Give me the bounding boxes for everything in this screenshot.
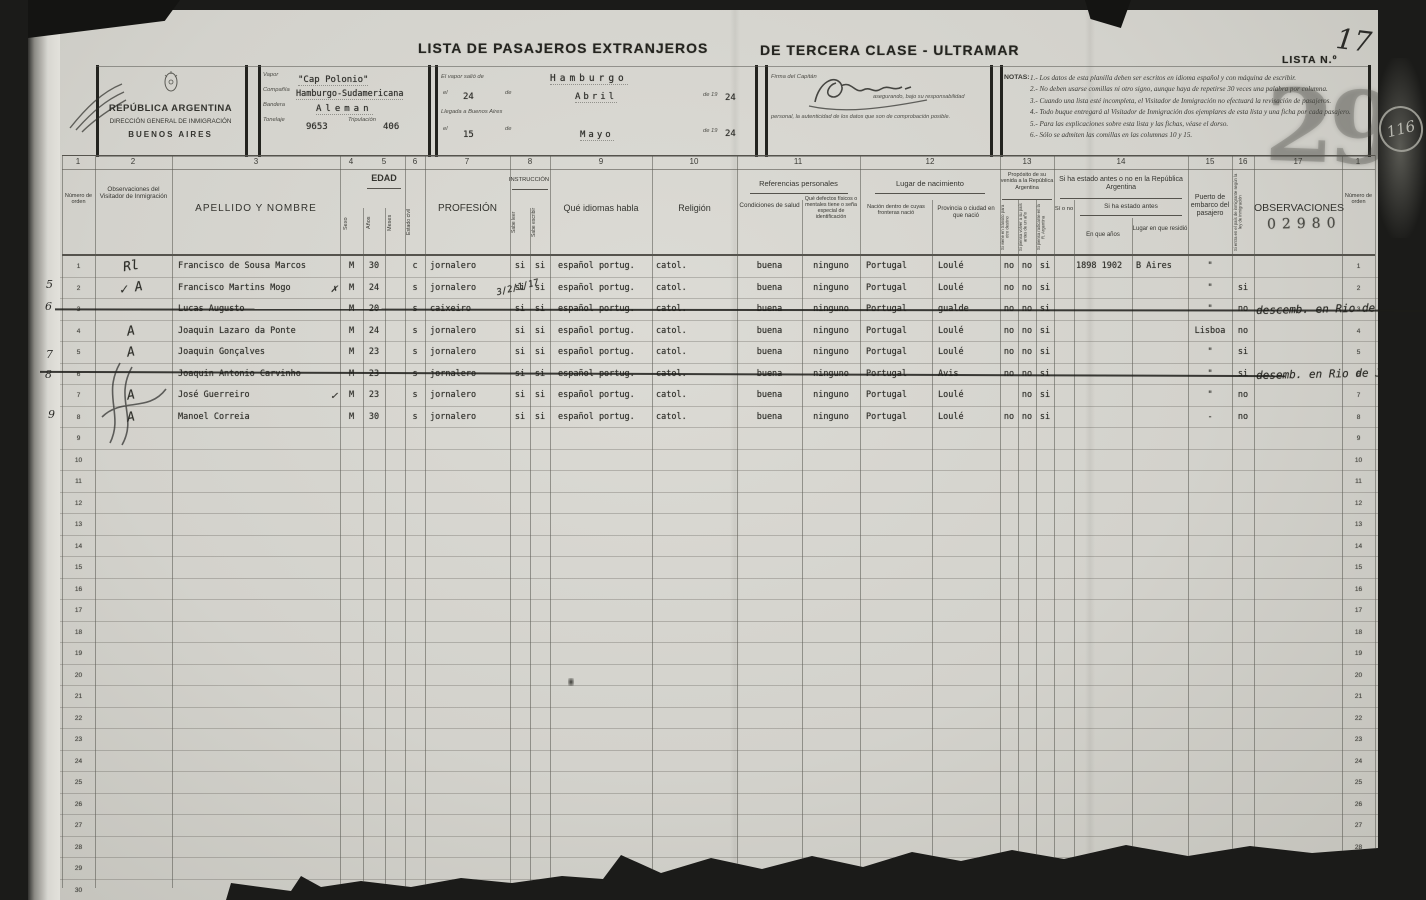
purpose-transit-value xyxy=(1000,643,1018,664)
header-proposito: Propósito de su venida a la República Ar… xyxy=(1000,172,1054,191)
place-resided-value xyxy=(1136,858,1190,879)
header-meses: Meses xyxy=(387,196,403,250)
years-before-value xyxy=(1076,321,1134,342)
place-resided-value xyxy=(1136,278,1190,299)
province-value xyxy=(938,557,998,578)
purpose-return-value: no xyxy=(1018,278,1036,299)
purpose-settle-value xyxy=(1036,772,1054,793)
lista-number-handwritten: 17 xyxy=(1334,22,1373,59)
passenger-name: Francisco de Sousa Marcos xyxy=(178,256,338,277)
purpose-settle-value xyxy=(1036,428,1054,449)
health-value: buena xyxy=(737,278,802,299)
health-value xyxy=(737,643,802,664)
sex-value xyxy=(340,686,363,707)
observation-handwritten xyxy=(1256,771,1351,794)
table-row: 13 xyxy=(60,514,1378,536)
row-number-left: 16 xyxy=(62,579,95,600)
embark-port-value xyxy=(1188,880,1232,900)
been-before-value xyxy=(1054,794,1074,815)
row-number-right: 24 xyxy=(1342,751,1375,772)
header-apellido: APELLIDO Y NOMBRE xyxy=(172,203,340,215)
defects-value xyxy=(802,880,860,900)
row-number-right: 28 xyxy=(1342,837,1375,858)
observation-handwritten xyxy=(1256,556,1351,579)
col-number: 9 xyxy=(591,157,611,166)
been-before-value xyxy=(1054,858,1074,879)
years-before-value xyxy=(1076,493,1134,514)
age-months-value xyxy=(385,815,405,836)
header-estado-antes: Si ha estado antes o no en la República … xyxy=(1054,176,1188,192)
purpose-return-value xyxy=(1018,514,1036,535)
header-edad: EDAD xyxy=(363,173,405,183)
languages-value: español portug. xyxy=(558,278,653,299)
passenger-name xyxy=(178,858,338,879)
passenger-name xyxy=(178,751,338,772)
header-defectos: Qué defectos físicos o mentales tiene o … xyxy=(803,196,859,220)
province-value: Loulé xyxy=(938,342,998,363)
religion-value xyxy=(656,708,718,729)
row-number-left: 19 xyxy=(62,643,95,664)
purpose-return-value xyxy=(1018,600,1036,621)
passenger-name xyxy=(178,557,338,578)
age-years-value: 24 xyxy=(363,278,385,299)
civil-status-value xyxy=(405,880,425,900)
table-row: 7 A José Guerreiro ✓ M 23 s jornalero si… xyxy=(60,385,1378,407)
row-number-left: 1 xyxy=(62,256,95,277)
been-before-value xyxy=(1054,471,1074,492)
row-number-left: 24 xyxy=(62,751,95,772)
header-rule xyxy=(367,188,401,189)
header-religion: Religión xyxy=(652,203,737,213)
place-resided-value xyxy=(1136,514,1190,535)
sex-value: M xyxy=(340,256,363,277)
embark-port-value xyxy=(1188,729,1232,750)
passenger-name xyxy=(178,643,338,664)
health-value xyxy=(737,622,802,643)
ship-crew: 406 xyxy=(383,122,399,132)
been-before-value xyxy=(1054,256,1074,277)
age-months-value xyxy=(385,557,405,578)
nation-value xyxy=(866,493,930,514)
years-before-value xyxy=(1076,385,1134,406)
languages-value: español portug. xyxy=(558,385,653,406)
purpose-return-value xyxy=(1018,643,1036,664)
header-sabe-leer: Sabe leer xyxy=(512,195,528,250)
row-number-left: 4 xyxy=(62,321,95,342)
immigrant-flag-value: no xyxy=(1232,385,1254,406)
religion-value xyxy=(656,557,718,578)
ship-tonnage: 9653 xyxy=(306,122,328,132)
health-value xyxy=(737,772,802,793)
passenger-name xyxy=(178,880,338,900)
embark-port-value: - xyxy=(1188,407,1232,428)
row-number-left: 22 xyxy=(62,708,95,729)
purpose-return-value xyxy=(1018,880,1036,900)
place-resided-value xyxy=(1136,622,1190,643)
age-months-value xyxy=(385,385,405,406)
de-label: de xyxy=(505,126,511,132)
age-years-value xyxy=(363,837,385,858)
years-before-value xyxy=(1076,600,1134,621)
header-rule xyxy=(1060,198,1182,199)
purpose-transit-value xyxy=(1000,493,1018,514)
years-before-value xyxy=(1076,536,1134,557)
civil-status-value xyxy=(405,450,425,471)
defects-value xyxy=(802,493,860,514)
observation-handwritten xyxy=(1256,384,1351,407)
purpose-return-value xyxy=(1018,837,1036,858)
age-months-value xyxy=(385,686,405,707)
col-number: 17 xyxy=(1288,157,1308,166)
nation-value xyxy=(866,600,930,621)
purpose-transit-value xyxy=(1000,579,1018,600)
defects-value xyxy=(802,579,860,600)
defects-value xyxy=(802,751,860,772)
years-before-value xyxy=(1076,579,1134,600)
header-prop-sub2: Si piensa volver a su país antes de un a… xyxy=(1019,202,1035,252)
sex-value xyxy=(340,579,363,600)
purpose-transit-value xyxy=(1000,600,1018,621)
age-months-value xyxy=(385,665,405,686)
reads-value xyxy=(510,880,530,900)
health-value: buena xyxy=(737,342,802,363)
observation-handwritten xyxy=(1256,642,1351,665)
age-years-value xyxy=(363,557,385,578)
ship-company: Hamburgo-Sudamericana xyxy=(296,89,403,100)
purpose-return-value xyxy=(1018,579,1036,600)
defects-value xyxy=(802,665,860,686)
age-years-value xyxy=(363,686,385,707)
table-row: 20 xyxy=(60,665,1378,687)
age-years-value xyxy=(363,536,385,557)
table-row: 1 Rl Francisco de Sousa Marcos M 30 c jo… xyxy=(60,256,1378,278)
languages-value: español portug. xyxy=(558,407,653,428)
margin-flourish xyxy=(62,355,172,450)
col-number: 14 xyxy=(1111,157,1131,166)
been-before-value xyxy=(1054,450,1074,471)
languages-value xyxy=(558,686,653,707)
nation-value: Portugal xyxy=(866,321,930,342)
row-number-right: 15 xyxy=(1342,557,1375,578)
passenger-name: Francisco Martins Mogo xyxy=(178,278,338,299)
age-years-value: 23 xyxy=(363,342,385,363)
header-lugar-residio: Lugar en que residió xyxy=(1132,226,1188,233)
observation-handwritten xyxy=(1256,707,1351,730)
place-resided-value xyxy=(1136,321,1190,342)
row-number-right: 30 xyxy=(1342,880,1375,900)
passenger-name xyxy=(178,837,338,858)
row-number-left: 17 xyxy=(62,600,95,621)
age-months-value xyxy=(385,256,405,277)
purpose-return-value: no xyxy=(1018,321,1036,342)
age-months-value xyxy=(385,321,405,342)
age-months-value xyxy=(385,622,405,643)
margin-digit: 5 xyxy=(46,278,53,291)
place-resided-value xyxy=(1136,772,1190,793)
flag-label: Bandera xyxy=(263,102,285,108)
civil-status-value: s xyxy=(405,278,425,299)
nation-value xyxy=(866,858,930,879)
age-years-value: 30 xyxy=(363,407,385,428)
immigrant-flag-value xyxy=(1232,256,1254,277)
row-number-right: 18 xyxy=(1342,622,1375,643)
immigrant-flag-value xyxy=(1232,794,1254,815)
province-value: Loulé xyxy=(938,407,998,428)
immigrant-flag-value xyxy=(1232,880,1254,900)
years-before-value xyxy=(1076,278,1134,299)
sex-value: M xyxy=(340,385,363,406)
observation-handwritten xyxy=(1256,255,1351,278)
sex-value xyxy=(340,880,363,900)
sex-value xyxy=(340,514,363,535)
purpose-settle-value xyxy=(1036,837,1054,858)
table-row: 17 xyxy=(60,600,1378,622)
defects-value xyxy=(802,772,860,793)
been-before-value xyxy=(1054,579,1074,600)
purpose-transit-value: no xyxy=(1000,342,1018,363)
el-label: el xyxy=(443,126,448,132)
sex-value xyxy=(340,471,363,492)
defects-value xyxy=(802,858,860,879)
place-resided-value xyxy=(1136,342,1190,363)
row-number-right: 27 xyxy=(1342,815,1375,836)
nation-value xyxy=(866,880,930,900)
been-before-value xyxy=(1054,600,1074,621)
row-number-left: 26 xyxy=(62,794,95,815)
years-before-value xyxy=(1076,686,1134,707)
health-value xyxy=(737,794,802,815)
age-years-value xyxy=(363,514,385,535)
years-before-value xyxy=(1076,708,1134,729)
age-months-value xyxy=(385,514,405,535)
purpose-settle-value xyxy=(1036,471,1054,492)
defects-value xyxy=(802,643,860,664)
table-row: 11 xyxy=(60,471,1378,493)
civil-status-value xyxy=(405,665,425,686)
purpose-transit-value xyxy=(1000,536,1018,557)
observation-handwritten xyxy=(1256,578,1351,601)
sex-value xyxy=(340,772,363,793)
margin-digit: 8 xyxy=(45,368,52,381)
captain-signature xyxy=(805,70,955,115)
observation-handwritten xyxy=(1256,621,1351,644)
embark-port-value xyxy=(1188,471,1232,492)
civil-status-value xyxy=(405,514,425,535)
purpose-return-value xyxy=(1018,557,1036,578)
purpose-transit-value xyxy=(1000,772,1018,793)
purpose-settle-value xyxy=(1036,751,1054,772)
header-sabe-escribir: Sabe escribir xyxy=(532,195,548,250)
purpose-return-value xyxy=(1018,772,1036,793)
embark-port-value xyxy=(1188,622,1232,643)
purpose-return-value: no xyxy=(1018,385,1036,406)
table-row: 16 xyxy=(60,579,1378,601)
row-number-left: 10 xyxy=(62,450,95,471)
header-rule xyxy=(750,193,848,194)
age-years-value xyxy=(363,450,385,471)
province-value: Loulé xyxy=(938,385,998,406)
passenger-name xyxy=(178,794,338,815)
margin-digit: 7 xyxy=(46,348,53,361)
age-months-value xyxy=(385,450,405,471)
passenger-name xyxy=(178,772,338,793)
age-months-value xyxy=(385,858,405,879)
table-row: 22 xyxy=(60,708,1378,730)
purpose-return-value xyxy=(1018,708,1036,729)
nation-value: Portugal xyxy=(866,385,930,406)
reads-value xyxy=(510,815,530,836)
sex-value xyxy=(340,622,363,643)
province-value xyxy=(938,751,998,772)
languages-value xyxy=(558,751,653,772)
observation-handwritten xyxy=(1256,449,1351,472)
nation-value xyxy=(866,557,930,578)
embark-port-value xyxy=(1188,557,1232,578)
years-before-value xyxy=(1076,622,1134,643)
languages-value xyxy=(558,708,653,729)
col-number: 16 xyxy=(1233,157,1253,166)
passenger-name: José Guerreiro xyxy=(178,385,338,406)
years-before-value xyxy=(1076,643,1134,664)
table-row: 14 xyxy=(60,536,1378,558)
purpose-transit-value: no xyxy=(1000,321,1018,342)
notes-label: NOTAS: xyxy=(1004,74,1030,81)
table-row: 4 A Joaquin Lazaro da Ponte M 24 s jorna… xyxy=(60,321,1378,343)
age-years-value xyxy=(363,729,385,750)
immigrant-flag-value: no xyxy=(1232,321,1254,342)
nation-value xyxy=(866,471,930,492)
religion-value xyxy=(656,428,718,449)
row-number-right: 12 xyxy=(1342,493,1375,514)
languages-value xyxy=(558,622,653,643)
purpose-settle-value xyxy=(1036,794,1054,815)
years-before-value: 1898 1902 xyxy=(1076,256,1134,277)
health-value: buena xyxy=(737,385,802,406)
observation-handwritten xyxy=(1256,277,1351,300)
age-months-value xyxy=(385,643,405,664)
tonnage-label: Tonelaje xyxy=(263,117,285,123)
purpose-settle-value xyxy=(1036,493,1054,514)
embark-port-value: " xyxy=(1188,256,1232,277)
passenger-name xyxy=(178,815,338,836)
purpose-return-value: no xyxy=(1018,407,1036,428)
nation-value xyxy=(866,514,930,535)
nation-value xyxy=(866,428,930,449)
nation-value xyxy=(866,450,930,471)
table-row: 30 xyxy=(60,880,1378,900)
embark-port-value xyxy=(1188,643,1232,664)
purpose-settle-value: si xyxy=(1036,278,1054,299)
immigrant-flag-value xyxy=(1232,686,1254,707)
row-number-left: 2 xyxy=(62,278,95,299)
immigrant-flag-value xyxy=(1232,837,1254,858)
place-resided-value xyxy=(1136,815,1190,836)
defects-value xyxy=(802,557,860,578)
nation-value xyxy=(866,708,930,729)
nation-value xyxy=(866,794,930,815)
purpose-transit-value xyxy=(1000,385,1018,406)
vapor-label: Vapor xyxy=(263,72,278,78)
writes-value xyxy=(530,880,550,900)
row-number-left: 30 xyxy=(62,880,95,900)
province-value xyxy=(938,772,998,793)
years-before-value xyxy=(1076,772,1134,793)
margin-scribble xyxy=(62,78,132,138)
years-before-value xyxy=(1076,342,1134,363)
civil-status-value xyxy=(405,622,425,643)
embark-port-value xyxy=(1188,600,1232,621)
purpose-settle-value xyxy=(1036,729,1054,750)
coat-of-arms-icon xyxy=(163,71,179,93)
embark-port-value xyxy=(1188,536,1232,557)
purpose-return-value xyxy=(1018,815,1036,836)
col-number: 8 xyxy=(520,157,540,166)
box-rule xyxy=(96,156,1368,157)
purpose-return-value xyxy=(1018,751,1036,772)
languages-value xyxy=(558,428,653,449)
sex-value: M xyxy=(340,278,363,299)
years-before-value xyxy=(1076,471,1134,492)
defects-value xyxy=(802,815,860,836)
passenger-name xyxy=(178,514,338,535)
immigrant-flag-value xyxy=(1232,471,1254,492)
departure-port: Hamburgo xyxy=(550,73,628,85)
header-en-que-anos: En que años xyxy=(1074,232,1132,239)
age-months-value xyxy=(385,471,405,492)
header-rule xyxy=(1080,215,1182,216)
sex-value xyxy=(340,794,363,815)
age-years-value: 30 xyxy=(363,256,385,277)
embark-port-value xyxy=(1188,794,1232,815)
civil-status-value xyxy=(405,643,425,664)
observation-handwritten xyxy=(1256,685,1351,708)
purpose-return-value xyxy=(1018,729,1036,750)
religion-value xyxy=(656,858,718,879)
age-years-value xyxy=(363,471,385,492)
place-resided-value xyxy=(1136,600,1190,621)
been-before-value xyxy=(1054,772,1074,793)
departure-day: 24 xyxy=(463,92,474,102)
immigrant-flag-value xyxy=(1232,450,1254,471)
religion-value xyxy=(656,880,718,900)
age-years-value: 24 xyxy=(363,321,385,342)
passenger-name: Joaquin Antonio Carvinho xyxy=(178,364,338,385)
embark-port-value xyxy=(1188,428,1232,449)
defects-value xyxy=(802,428,860,449)
province-value xyxy=(938,622,998,643)
immigrant-flag-value xyxy=(1232,557,1254,578)
religion-value: catol. xyxy=(656,407,718,428)
languages-value xyxy=(558,557,653,578)
purpose-settle-value xyxy=(1036,815,1054,836)
header-prop-sub1: Si viene en tránsito para otro destino xyxy=(1001,202,1017,252)
row-number-right: 26 xyxy=(1342,794,1375,815)
age-years-value xyxy=(363,772,385,793)
row-number-right: 8 xyxy=(1342,407,1375,428)
col-number: 1 xyxy=(1348,157,1368,166)
province-value xyxy=(938,471,998,492)
scanned-passenger-list: LISTA DE PASAJEROS EXTRANJEROS DE TERCER… xyxy=(0,0,1426,900)
purpose-settle-value xyxy=(1036,643,1054,664)
health-value xyxy=(737,471,802,492)
province-value xyxy=(938,643,998,664)
nation-value xyxy=(866,665,930,686)
health-value xyxy=(737,665,802,686)
col-number: 4 xyxy=(341,157,361,166)
age-years-value xyxy=(363,751,385,772)
province-value xyxy=(938,729,998,750)
table-row: 18 xyxy=(60,622,1378,644)
